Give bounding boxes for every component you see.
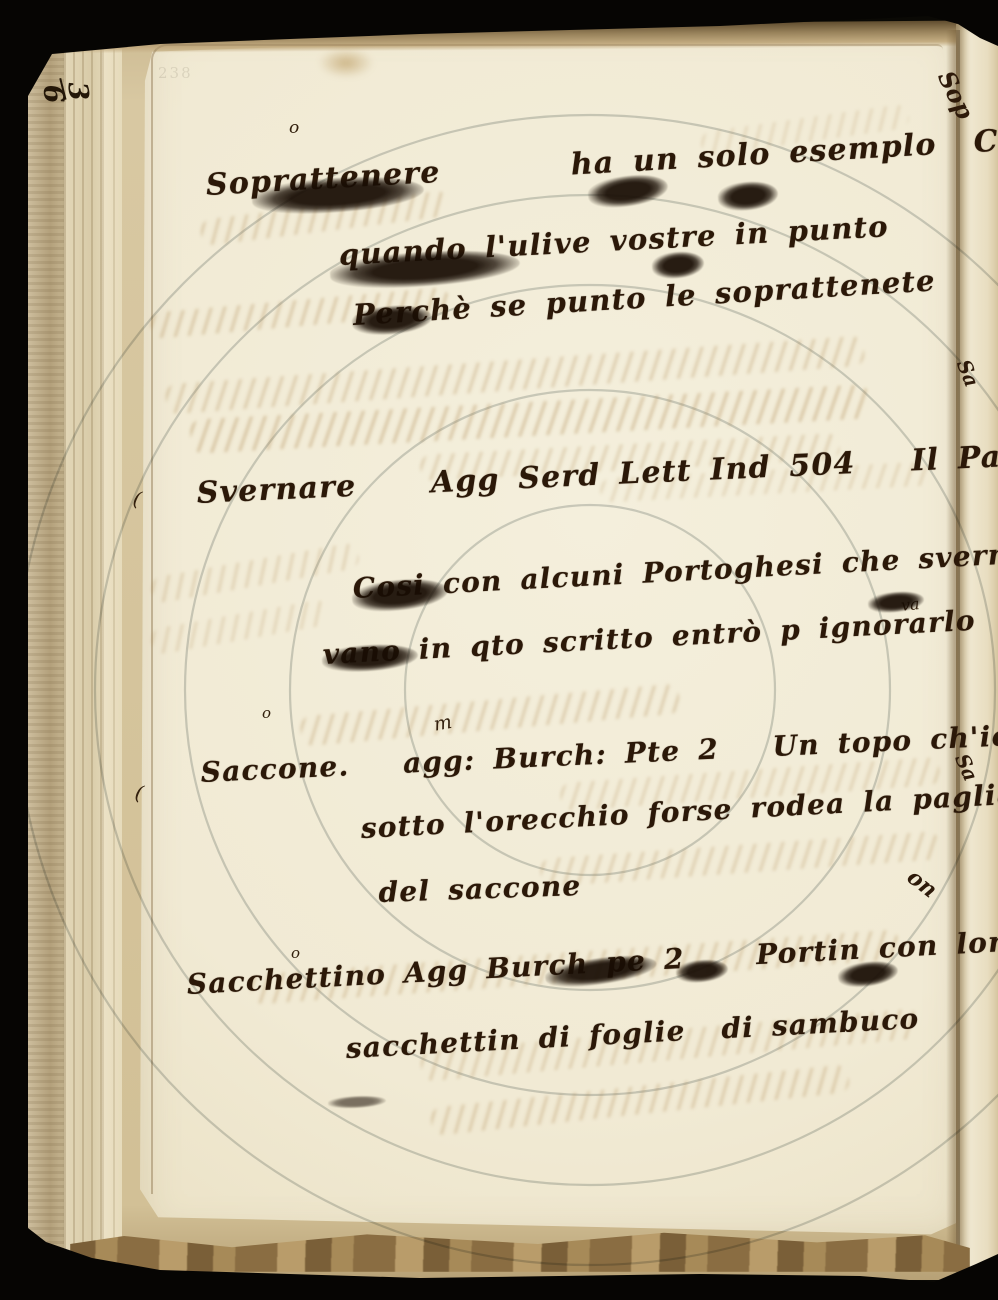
black-background-frame bbox=[0, 0, 998, 1300]
manuscript-photo: Soprattenere ha un solo esemplo Cant Car… bbox=[0, 0, 998, 1300]
